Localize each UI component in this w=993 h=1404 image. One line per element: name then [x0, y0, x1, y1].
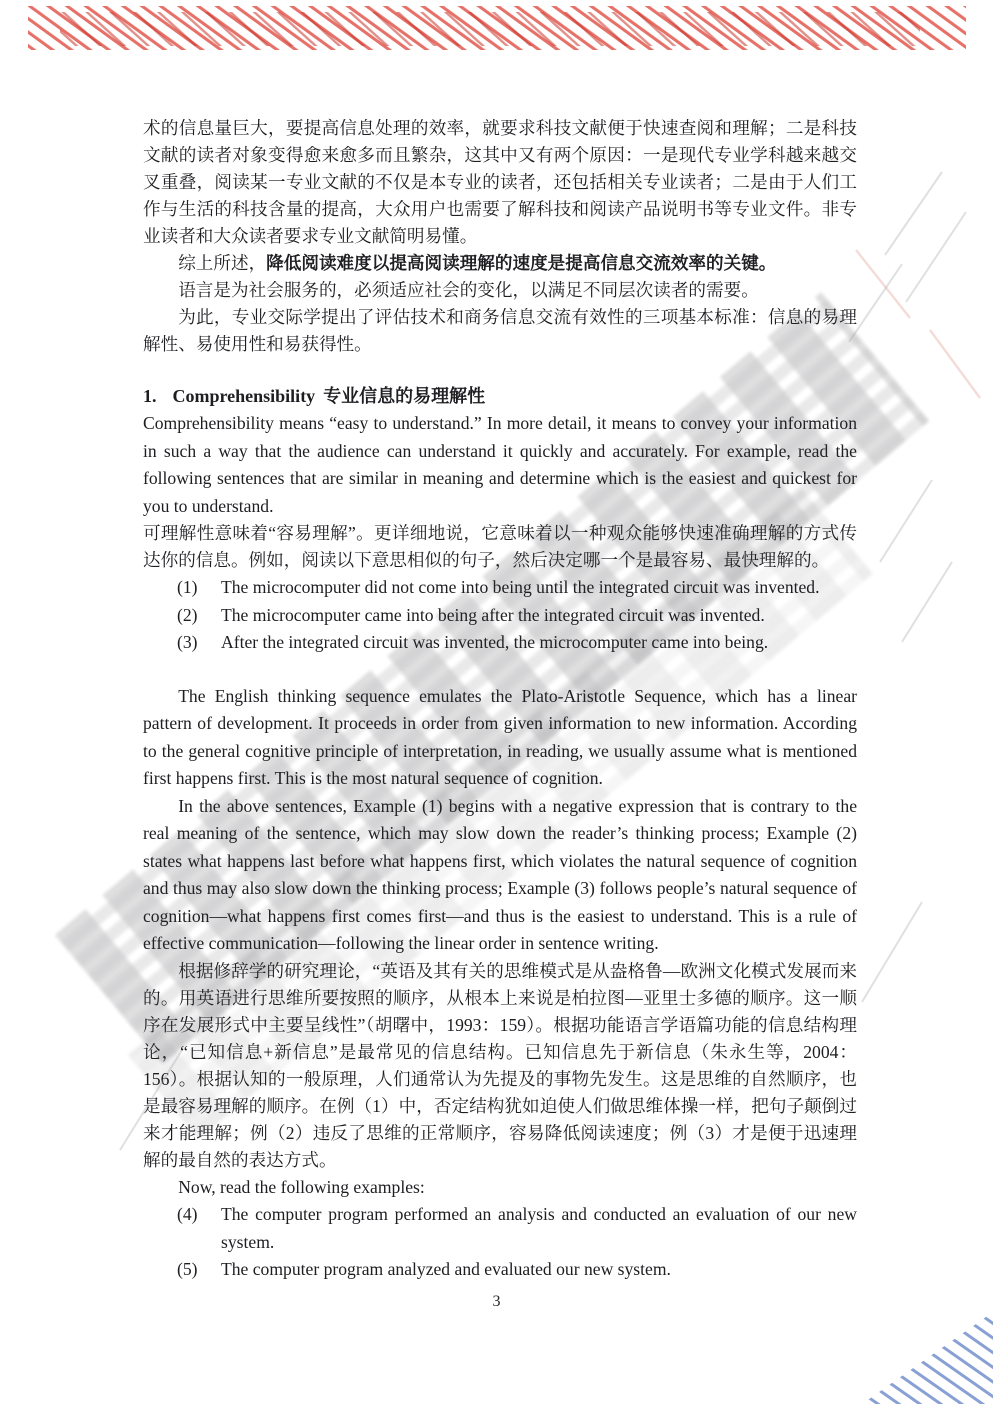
- text-column: 术的信息量巨大，要提高信息处理的效率，就要求科技文献便于快速查阅和理解；二是科技…: [143, 115, 857, 1284]
- paragraph-comprehensibility-zh: 可理解性意味着“容易理解”。更详细地说，它意味着以一种观众能够快速准确理解的方式…: [143, 520, 857, 574]
- section-title-english: Comprehensibility: [173, 386, 316, 406]
- example-item-3: (3) After the integrated circuit was inv…: [143, 629, 857, 657]
- summary-key-statement: 降低阅读难度以提高阅读理解的速度是提高信息交流效率的关键。: [266, 253, 776, 273]
- scanned-document-page: 术的信息量巨大，要提高信息处理的效率，就要求科技文献便于快速查阅和理解；二是科技…: [0, 0, 993, 1404]
- section-number: 1.: [143, 386, 157, 406]
- section-heading: 1.Comprehensibility专业信息的易理解性: [143, 383, 857, 410]
- example-text: The microcomputer came into being after …: [221, 602, 857, 630]
- blue-scribble-corner: [862, 1312, 993, 1404]
- paragraph-language: 语言是为社会服务的，必须适应社会的变化，以满足不同层次读者的需要。: [143, 277, 857, 304]
- red-scribble-band: [28, 6, 966, 50]
- example-text: After the integrated circuit was invente…: [221, 629, 857, 657]
- example-number: (3): [143, 629, 221, 657]
- example-item-1: (1) The microcomputer did not come into …: [143, 574, 857, 602]
- example-text: The microcomputer did not come into bein…: [221, 574, 857, 602]
- paragraph-now-read: Now, read the following examples:: [143, 1174, 857, 1202]
- example-number: (5): [143, 1256, 221, 1284]
- example-number: (2): [143, 602, 221, 630]
- paragraph-comprehensibility-en: Comprehensibility means “easy to underst…: [143, 410, 857, 520]
- example-text: The computer program performed an analys…: [221, 1201, 857, 1256]
- paragraph-rhetoric-theory: 根据修辞学的研究理论，“英语及其有关的思维模式是从盎格鲁—欧洲文化模式发展而来的…: [143, 958, 857, 1174]
- summary-lead: 综上所述，: [178, 253, 266, 273]
- example-number: (4): [143, 1201, 221, 1256]
- paragraph-above-sentences: In the above sentences, Example (1) begi…: [143, 793, 857, 958]
- paragraph-criteria: 为此，专业交际学提出了评估技术和商务信息交流有效性的三项基本标准：信息的易理解性…: [143, 304, 857, 358]
- page-number: 3: [0, 1293, 993, 1311]
- paragraph-english-sequence: The English thinking sequence emulates t…: [143, 683, 857, 793]
- section-title-chinese: 专业信息的易理解性: [323, 386, 485, 406]
- example-number: (1): [143, 574, 221, 602]
- example-item-2: (2) The microcomputer came into being af…: [143, 602, 857, 630]
- example-text: The computer program analyzed and evalua…: [221, 1256, 857, 1284]
- paragraph-summary: 综上所述，降低阅读难度以提高阅读理解的速度是提高信息交流效率的关键。: [143, 250, 857, 277]
- pink-margin-strokes: [856, 250, 980, 398]
- paragraph-intro-continuation: 术的信息量巨大，要提高信息处理的效率，就要求科技文献便于快速查阅和理解；二是科技…: [143, 115, 857, 250]
- example-item-4: (4) The computer program performed an an…: [143, 1201, 857, 1256]
- example-item-5: (5) The computer program analyzed and ev…: [143, 1256, 857, 1284]
